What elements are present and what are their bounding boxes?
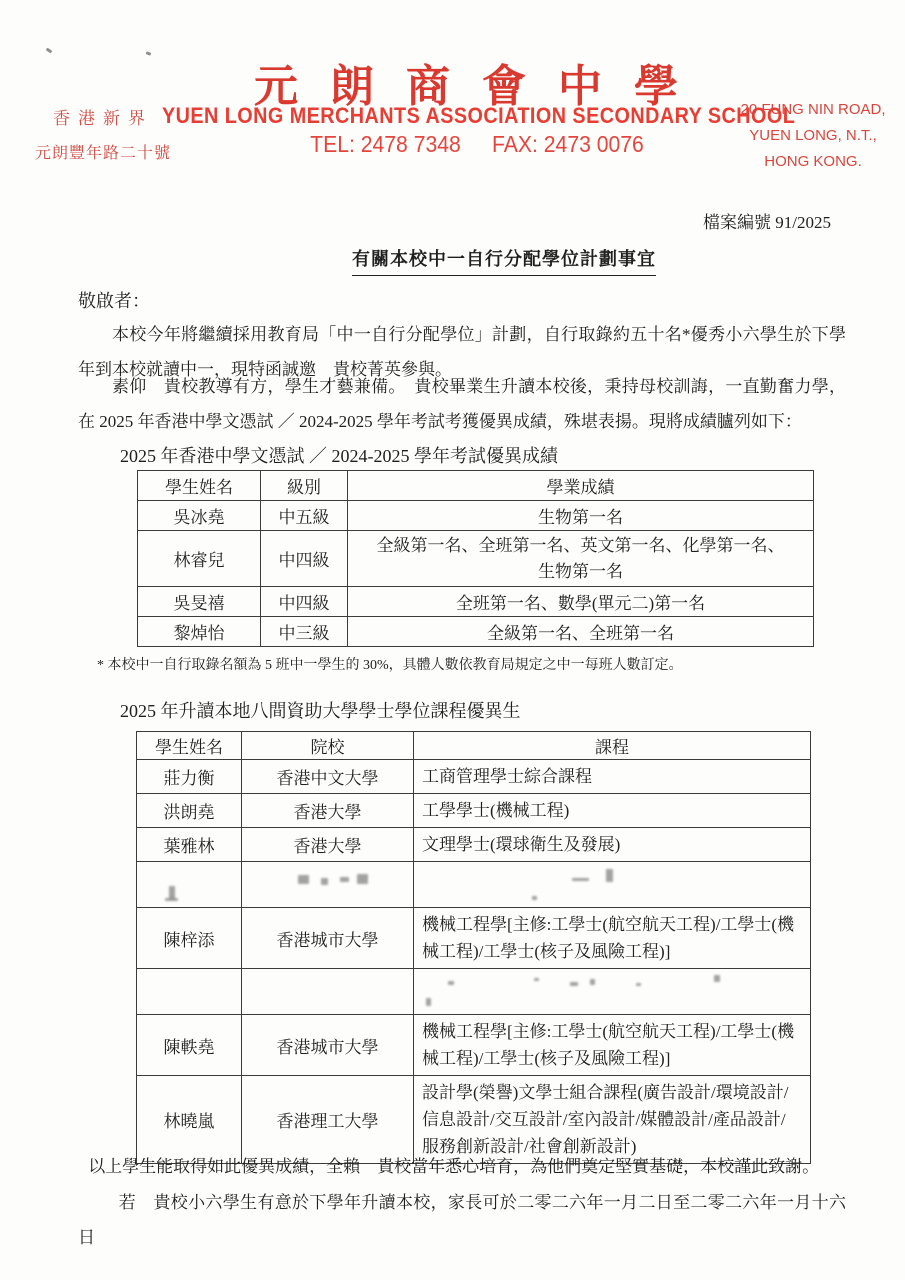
university-table-caption: 2025 年升讀本地八間資助大學學士學位課程優異生 [120,697,521,723]
redacted-institution [242,862,414,908]
student-name: 吳旻禧 [138,587,261,617]
redaction-smudge [532,896,537,900]
institution: 香港大學 [242,828,414,862]
university-admissions-table: 學生姓名 院校 課程 莊力衡 香港中文大學 工商管理學士綜合課程 洪朗堯 香港大… [136,731,811,1164]
institution: 香港城市大學 [242,908,414,969]
school-address-english: 20 FUNG NIN ROAD, YUEN LONG, N.T., HONG … [733,97,893,175]
student-result: 全班第一名、數學(單元二)第一名 [348,587,814,617]
course: 文理學士(環球衛生及發展) [414,828,811,862]
address-en-line3: HONG KONG. [733,149,893,175]
redaction-smudge [570,982,578,986]
redaction-smudge [590,979,595,985]
salutation: 敬啟者： [78,287,150,313]
redaction-smudge [714,975,720,982]
redaction-smudge [298,875,309,884]
col-header-academic-result: 學業成績 [348,471,814,501]
redaction-smudge [321,878,328,885]
redaction-smudge [165,898,178,901]
scanned-letter-page: 元朗商會中學 香港新界 元朗豐年路二十號 YUEN LONG MERCHANTS… [0,0,905,1280]
file-reference-number: 檔案編號 91/2025 [703,208,831,233]
student-level: 中三級 [261,617,348,647]
redaction-smudge [636,983,641,986]
closing-gratitude-paragraph: 以上學生能取得如此優異成績，全賴 貴校當年悉心培育，為他們奠定堅實基礎，本校謹此… [78,1149,846,1184]
course: 機械工程學[主修:工學士(航空航天工程)/工學士(機械工程)/工學士(核子及風險… [414,908,811,969]
redacted-student-name [137,862,242,908]
redaction-smudge [606,869,613,882]
quota-footnote: * 本校中一自行取錄名額為 5 班中一學生的 30%，具體人數依教育局規定之中一… [97,654,683,674]
tel-number: TEL: 2478 7348 [310,131,461,157]
table-row: 洪朗堯 香港大學 工學學士(機械工程) [137,794,811,828]
exam-results-table: 學生姓名 級別 學業成績 吳冰堯 中五級 生物第一名 林睿兒 中四級 全級第一名… [137,470,814,647]
school-name-english: YUEN LONG MERCHANTS ASSOCIATION SECONDAR… [162,103,792,129]
address-en-line2: YUEN LONG, N.T., [733,123,893,149]
redacted-institution [242,969,414,1015]
student-level: 中四級 [261,587,348,617]
redacted-course [414,862,811,908]
redacted-row [137,862,811,908]
institution: 香港城市大學 [242,1015,414,1076]
student-name: 莊力衡 [137,760,242,794]
course: 工學學士(機械工程) [414,794,811,828]
redacted-student-name [137,969,242,1015]
col-header-course: 課程 [414,732,811,760]
col-header-institution: 院校 [242,732,414,760]
student-name: 黎焯怡 [138,617,261,647]
table-header-row: 學生姓名 級別 學業成績 [138,471,814,501]
student-result: 全級第一名、全班第一名、英文第一名、化學第一名、生物第一名 [348,531,814,587]
col-header-level: 級別 [261,471,348,501]
closing-application-paragraph: 若 貴校小六學生有意於下學年升讀本校，家長可於二零二六年一月二日至二零二六年一月… [78,1185,846,1255]
redaction-smudge [448,981,454,985]
student-name: 陳梓添 [137,908,242,969]
student-name: 洪朗堯 [137,794,242,828]
table-header-row: 學生姓名 院校 課程 [137,732,811,760]
student-name: 葉雅林 [137,828,242,862]
table-row: 陳軼堯 香港城市大學 機械工程學[主修:工學士(航空航天工程)/工學士(機械工程… [137,1015,811,1076]
scan-speck [46,48,53,54]
table-row: 吳旻禧 中四級 全班第一名、數學(單元二)第一名 [138,587,814,617]
redaction-smudge [426,998,431,1006]
redaction-smudge [357,874,368,884]
redacted-course [414,969,811,1015]
paragraph-praise-results: 素仰 貴校教導有方，學生才藝兼備。 貴校畢業生升讀本校後，秉持母校訓誨，一直勤奮… [78,369,846,439]
col-header-student-name: 學生姓名 [138,471,261,501]
fax-number: FAX: 2473 0076 [492,131,644,157]
institution: 香港中文大學 [242,760,414,794]
table-row: 吳冰堯 中五級 生物第一名 [138,501,814,531]
redaction-smudge [534,978,539,981]
redaction-smudge [572,878,589,881]
table-row: 林睿兒 中四級 全級第一名、全班第一名、英文第一名、化學第一名、生物第一名 [138,531,814,587]
student-name: 吳冰堯 [138,501,261,531]
redacted-row [137,969,811,1015]
student-name: 林睿兒 [138,531,261,587]
student-level: 中五級 [261,501,348,531]
table-row: 黎焯怡 中三級 全級第一名、全班第一名 [138,617,814,647]
redaction-smudge [340,877,349,882]
table-row: 陳梓添 香港城市大學 機械工程學[主修:工學士(航空航天工程)/工學士(機械工程… [137,908,811,969]
course: 機械工程學[主修:工學士(航空航天工程)/工學士(機械工程)/工學士(核子及風險… [414,1015,811,1076]
address-zh-line1: 香港新界 [28,104,178,129]
institution: 香港大學 [242,794,414,828]
address-en-line1: 20 FUNG NIN ROAD, [733,97,893,123]
course: 工商管理學士綜合課程 [414,760,811,794]
student-name: 陳軼堯 [137,1015,242,1076]
letter-subject-title: 有關本校中一自行分配學位計劃事宜 [352,245,656,276]
student-level: 中四級 [261,531,348,587]
table-row: 葉雅林 香港大學 文理學士(環球衛生及發展) [137,828,811,862]
exam-table-caption: 2025 年香港中學文憑試 ／ 2024-2025 學年考試優異成績 [120,442,558,468]
student-result: 生物第一名 [348,501,814,531]
tel-fax-line: TEL: 2478 7348FAX: 2473 0076 [155,131,799,158]
table-row: 莊力衡 香港中文大學 工商管理學士綜合課程 [137,760,811,794]
student-result: 全級第一名、全班第一名 [348,617,814,647]
col-header-student-name: 學生姓名 [137,732,242,760]
